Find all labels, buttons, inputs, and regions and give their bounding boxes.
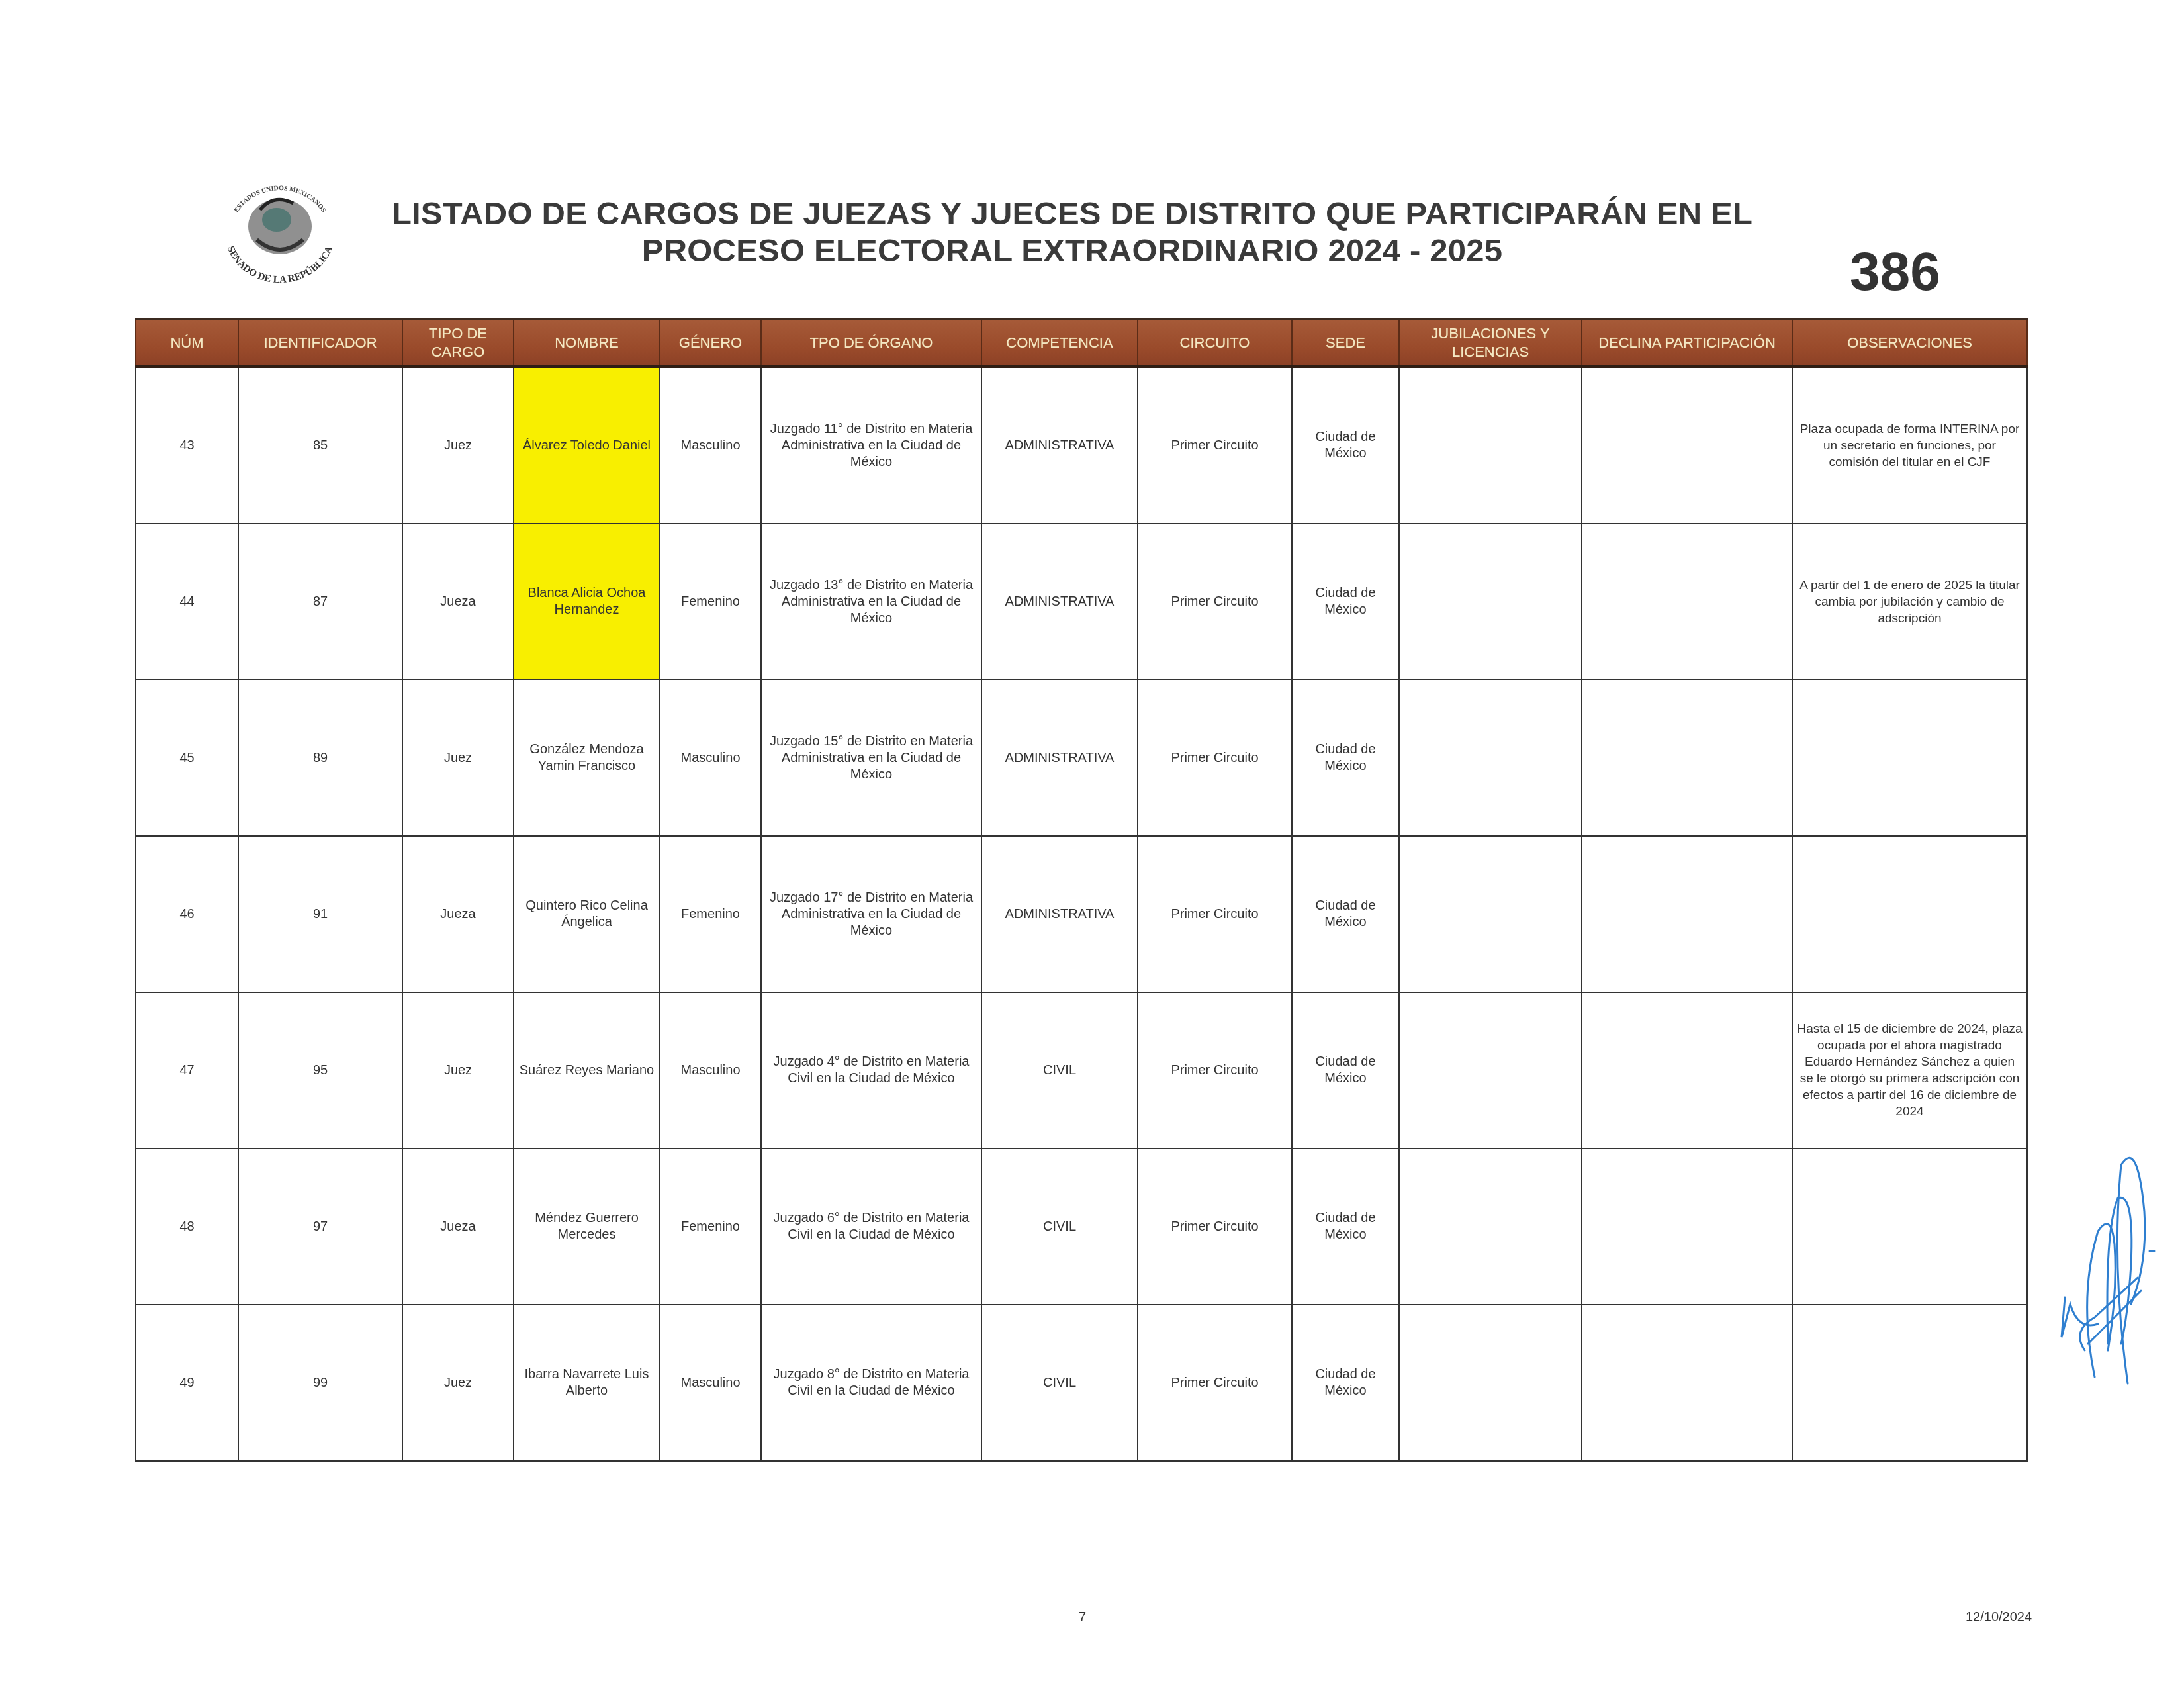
folio-stamp: 386 — [1850, 241, 1940, 303]
seat-cell: Ciudad de México — [1292, 524, 1399, 680]
retirements-cell — [1399, 524, 1582, 680]
num-cell: 43 — [136, 367, 238, 524]
position-type-cell: Juez — [402, 367, 514, 524]
column-header: CIRCUITO — [1138, 319, 1292, 367]
identifier-cell: 85 — [238, 367, 402, 524]
court-cell: Juzgado 4° de Distrito en Materia Civil … — [761, 992, 981, 1149]
retirements-cell — [1399, 367, 1582, 524]
table-body: 4385JuezÁlvarez Toledo DanielMasculinoJu… — [136, 367, 2027, 1461]
title-line-2: PROCESO ELECTORAL EXTRAORDINARIO 2024 - … — [371, 232, 1774, 269]
gender-cell: Femenino — [660, 524, 761, 680]
observations-cell: A partir del 1 de enero de 2025 la titul… — [1792, 524, 2027, 680]
circuit-cell: Primer Circuito — [1138, 1305, 1292, 1461]
competence-cell: CIVIL — [981, 1149, 1138, 1305]
seat-cell: Ciudad de México — [1292, 1149, 1399, 1305]
column-header: TIPO DE CARGO — [402, 319, 514, 367]
table-header-row: NÚMIDENTIFICADORTIPO DE CARGONOMBREGÉNER… — [136, 319, 2027, 367]
page-title: LISTADO DE CARGOS DE JUEZAS Y JUECES DE … — [371, 195, 1774, 269]
seat-cell: Ciudad de México — [1292, 680, 1399, 836]
court-cell: Juzgado 11° de Distrito en Materia Admin… — [761, 367, 981, 524]
column-header: GÉNERO — [660, 319, 761, 367]
gender-cell: Masculino — [660, 367, 761, 524]
circuit-cell: Primer Circuito — [1138, 367, 1292, 524]
title-line-1: LISTADO DE CARGOS DE JUEZAS Y JUECES DE … — [371, 195, 1774, 232]
circuit-cell: Primer Circuito — [1138, 836, 1292, 992]
senate-seal-icon: ESTADOS UNIDOS MEXICANOS SENADO DE LA RE… — [210, 173, 349, 286]
table-row: 4999JuezIbarra Navarrete Luis AlbertoMas… — [136, 1305, 2027, 1461]
identifier-cell: 99 — [238, 1305, 402, 1461]
document-date: 12/10/2024 — [1966, 1610, 2032, 1625]
court-cell: Juzgado 8° de Distrito en Materia Civil … — [761, 1305, 981, 1461]
gender-cell: Masculino — [660, 1305, 761, 1461]
competence-cell: ADMINISTRATIVA — [981, 680, 1138, 836]
column-header: OBSERVACIONES — [1792, 319, 2027, 367]
name-cell: Álvarez Toledo Daniel — [514, 367, 660, 524]
judges-table: NÚMIDENTIFICADORTIPO DE CARGONOMBREGÉNER… — [135, 318, 2028, 1462]
page-number: 7 — [1079, 1610, 1086, 1625]
column-header: TPO DE ÓRGANO — [761, 319, 981, 367]
observations-cell: Hasta el 15 de diciembre de 2024, plaza … — [1792, 992, 2027, 1149]
retirements-cell — [1399, 1149, 1582, 1305]
column-header: NOMBRE — [514, 319, 660, 367]
column-header: NÚM — [136, 319, 238, 367]
table-row: 4897JuezaMéndez Guerrero MercedesFemenin… — [136, 1149, 2027, 1305]
seat-cell: Ciudad de México — [1292, 367, 1399, 524]
num-cell: 45 — [136, 680, 238, 836]
table-row: 4487JuezaBlanca Alicia Ochoa HernandezFe… — [136, 524, 2027, 680]
table-row: 4795JuezSuárez Reyes MarianoMasculinoJuz… — [136, 992, 2027, 1149]
position-type-cell: Jueza — [402, 1149, 514, 1305]
observations-cell: Plaza ocupada de forma INTERINA por un s… — [1792, 367, 2027, 524]
num-cell: 49 — [136, 1305, 238, 1461]
gender-cell: Masculino — [660, 680, 761, 836]
retirements-cell — [1399, 1305, 1582, 1461]
competence-cell: ADMINISTRATIVA — [981, 836, 1138, 992]
identifier-cell: 95 — [238, 992, 402, 1149]
circuit-cell: Primer Circuito — [1138, 1149, 1292, 1305]
gender-cell: Masculino — [660, 992, 761, 1149]
num-cell: 44 — [136, 524, 238, 680]
seat-cell: Ciudad de México — [1292, 992, 1399, 1149]
name-cell: Blanca Alicia Ochoa Hernandez — [514, 524, 660, 680]
seat-cell: Ciudad de México — [1292, 1305, 1399, 1461]
table-row: 4589JuezGonzález Mendoza Yamin Francisco… — [136, 680, 2027, 836]
column-header: COMPETENCIA — [981, 319, 1138, 367]
identifier-cell: 87 — [238, 524, 402, 680]
circuit-cell: Primer Circuito — [1138, 524, 1292, 680]
gender-cell: Femenino — [660, 1149, 761, 1305]
name-cell: Méndez Guerrero Mercedes — [514, 1149, 660, 1305]
identifier-cell: 97 — [238, 1149, 402, 1305]
name-cell: González Mendoza Yamin Francisco — [514, 680, 660, 836]
table-row: 4385JuezÁlvarez Toledo DanielMasculinoJu… — [136, 367, 2027, 524]
court-cell: Juzgado 6° de Distrito en Materia Civil … — [761, 1149, 981, 1305]
column-header: SEDE — [1292, 319, 1399, 367]
num-cell: 47 — [136, 992, 238, 1149]
position-type-cell: Juez — [402, 992, 514, 1149]
circuit-cell: Primer Circuito — [1138, 992, 1292, 1149]
declines-cell — [1582, 1149, 1792, 1305]
court-cell: Juzgado 17° de Distrito en Materia Admin… — [761, 836, 981, 992]
handwritten-signature-icon — [2032, 1132, 2164, 1397]
competence-cell: ADMINISTRATIVA — [981, 367, 1138, 524]
court-cell: Juzgado 15° de Distrito en Materia Admin… — [761, 680, 981, 836]
retirements-cell — [1399, 680, 1582, 836]
declines-cell — [1582, 1305, 1792, 1461]
circuit-cell: Primer Circuito — [1138, 680, 1292, 836]
position-type-cell: Juez — [402, 1305, 514, 1461]
observations-cell — [1792, 680, 2027, 836]
identifier-cell: 89 — [238, 680, 402, 836]
court-cell: Juzgado 13° de Distrito en Materia Admin… — [761, 524, 981, 680]
observations-cell — [1792, 836, 2027, 992]
competence-cell: CIVIL — [981, 1305, 1138, 1461]
identifier-cell: 91 — [238, 836, 402, 992]
observations-cell — [1792, 1305, 2027, 1461]
declines-cell — [1582, 524, 1792, 680]
retirements-cell — [1399, 836, 1582, 992]
name-cell: Ibarra Navarrete Luis Alberto — [514, 1305, 660, 1461]
column-header: IDENTIFICADOR — [238, 319, 402, 367]
num-cell: 48 — [136, 1149, 238, 1305]
competence-cell: CIVIL — [981, 992, 1138, 1149]
column-header: DECLINA PARTICIPACIÓN — [1582, 319, 1792, 367]
declines-cell — [1582, 836, 1792, 992]
retirements-cell — [1399, 992, 1582, 1149]
table-row: 4691JuezaQuintero Rico Celina ÁngelicaFe… — [136, 836, 2027, 992]
seat-cell: Ciudad de México — [1292, 836, 1399, 992]
position-type-cell: Jueza — [402, 524, 514, 680]
declines-cell — [1582, 992, 1792, 1149]
gender-cell: Femenino — [660, 836, 761, 992]
name-cell: Quintero Rico Celina Ángelica — [514, 836, 660, 992]
num-cell: 46 — [136, 836, 238, 992]
competence-cell: ADMINISTRATIVA — [981, 524, 1138, 680]
declines-cell — [1582, 367, 1792, 524]
position-type-cell: Juez — [402, 680, 514, 836]
column-header: JUBILACIONES Y LICENCIAS — [1399, 319, 1582, 367]
declines-cell — [1582, 680, 1792, 836]
observations-cell — [1792, 1149, 2027, 1305]
position-type-cell: Jueza — [402, 836, 514, 992]
name-cell: Suárez Reyes Mariano — [514, 992, 660, 1149]
